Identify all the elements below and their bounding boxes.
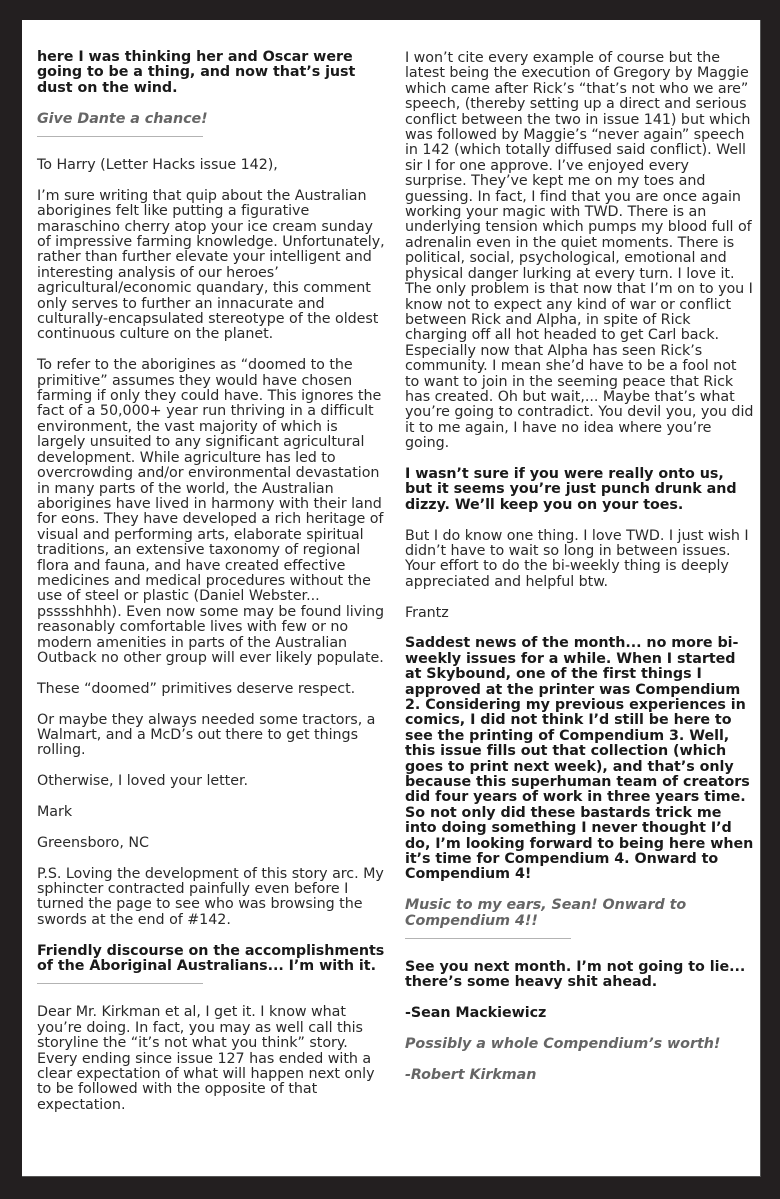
letter-paragraph: Otherwise, I loved your letter. <box>37 774 387 789</box>
editor-reply-italic: Give Dante a chance! <box>37 112 387 127</box>
letter-postscript: P.S. Loving the development of this stor… <box>37 867 387 929</box>
section-divider <box>37 983 203 984</box>
editor-reply-bold: here I was thinking her and Oscar were g… <box>37 50 387 96</box>
editor-signature: -Robert Kirkman <box>405 1068 755 1083</box>
letter-paragraph: But I do know one thing. I love TWD. I j… <box>405 529 755 591</box>
section-divider <box>405 938 571 939</box>
editor-reply-italic: Music to my ears, Sean! Onward to Compen… <box>405 898 755 929</box>
left-column: here I was thinking her and Oscar were g… <box>37 50 387 1129</box>
section-divider <box>37 136 203 137</box>
letter-salutation: To Harry (Letter Hacks issue 142), <box>37 158 387 173</box>
letter-paragraph: Dear Mr. Kirkman et al, I get it. I know… <box>37 1005 387 1113</box>
letter-location: Greensboro, NC <box>37 836 387 851</box>
editor-reply-bold: Friendly discourse on the accomplishment… <box>37 944 387 975</box>
letter-paragraph: I’m sure writing that quip about the Aus… <box>37 189 387 343</box>
editor-reply-bold: I wasn’t sure if you were really onto us… <box>405 467 755 513</box>
letter-paragraph: To refer to the aborigines as “doomed to… <box>37 358 387 666</box>
closing-remark: See you next month. I’m not going to lie… <box>405 960 755 991</box>
letter-signature: Frantz <box>405 606 755 621</box>
letter-signature: Mark <box>37 805 387 820</box>
letters-page: here I was thinking her and Oscar were g… <box>22 20 761 1177</box>
editor-signature: -Sean Mackiewicz <box>405 1006 755 1021</box>
letter-paragraph: Or maybe they always needed some tractor… <box>37 713 387 759</box>
right-column: I won’t cite every example of course but… <box>405 51 755 1099</box>
editor-reply-bold: Saddest news of the month... no more bi-… <box>405 636 755 883</box>
letter-paragraph: These “doomed” primitives deserve respec… <box>37 682 387 697</box>
letter-paragraph: I won’t cite every example of course but… <box>405 51 755 452</box>
editor-reply-italic: Possibly a whole Compendium’s worth! <box>405 1037 755 1052</box>
